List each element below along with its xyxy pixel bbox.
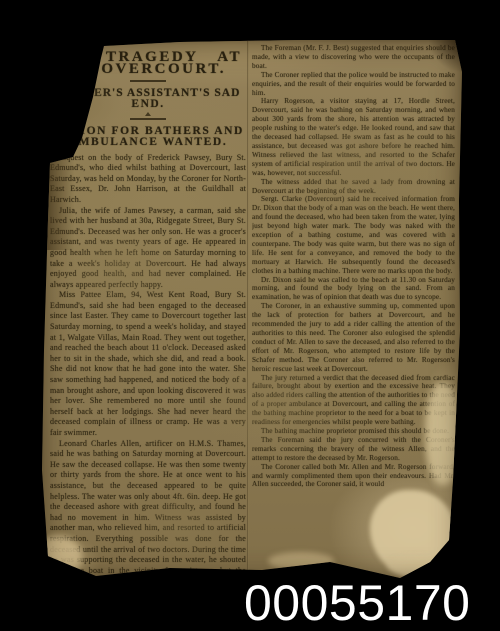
article-paragraph: The Coroner called both Mr. Allen and Mr… bbox=[252, 463, 455, 490]
article-paragraph: The Foreman (Mr. F. J. Best) suggested t… bbox=[252, 44, 455, 71]
catalog-number: 00055170 bbox=[244, 574, 470, 631]
column-seam bbox=[247, 38, 249, 583]
article-paragraph: Miss Pattee Elam, 94, West Kent Road, Bu… bbox=[50, 290, 246, 438]
headline-divider-2 bbox=[130, 118, 166, 120]
article-paragraph: The Foreman said the jury concurred with… bbox=[252, 436, 455, 463]
left-column: TRAGEDY AT DOVERCOURT. GROCER'S ASSISTAN… bbox=[50, 50, 246, 576]
headline-divider bbox=[130, 80, 166, 82]
right-column: The Foreman (Mr. F. J. Best) suggested t… bbox=[252, 44, 455, 584]
article-paragraph: Inquest on the body of Frederick Pawsey,… bbox=[50, 153, 246, 206]
article-paragraph: The witness added that he saved a lady f… bbox=[252, 178, 455, 196]
article-paragraph: Leonard Charles Allen, artificer on H.M.… bbox=[50, 439, 246, 576]
article-paragraph: Julia, the wife of James Pawsey, a carma… bbox=[50, 206, 246, 291]
article-paragraph: The bathing machine proprietor promised … bbox=[252, 427, 455, 436]
newspaper-clipping: TRAGEDY AT DOVERCOURT. GROCER'S ASSISTAN… bbox=[38, 38, 464, 583]
article-paragraph: Harry Rogerson, a visitor staying at 17,… bbox=[252, 97, 455, 177]
article-paragraph: The jury returned a verdict that the dec… bbox=[252, 374, 455, 427]
headline-title-line2: DOVERCOURT. bbox=[59, 64, 246, 75]
divider-ornament-icon bbox=[145, 112, 151, 116]
article-paragraph: The Coroner replied that the police woul… bbox=[252, 71, 455, 98]
article-paragraph: Sergt. Clarke (Dovercourt) said he recei… bbox=[252, 195, 455, 275]
headline-crosshead-line2: AMBULANCE WANTED. bbox=[50, 137, 246, 148]
photo-background: TRAGEDY AT DOVERCOURT. GROCER'S ASSISTAN… bbox=[0, 0, 500, 631]
headline-block: TRAGEDY AT DOVERCOURT. GROCER'S ASSISTAN… bbox=[50, 50, 246, 148]
headline-subtitle-line2: END. bbox=[50, 99, 246, 110]
article-paragraph: The Coroner, in an exhaustive summing up… bbox=[252, 302, 455, 373]
article-paragraph: Dr. Dixon said he was called to the beac… bbox=[252, 276, 455, 303]
